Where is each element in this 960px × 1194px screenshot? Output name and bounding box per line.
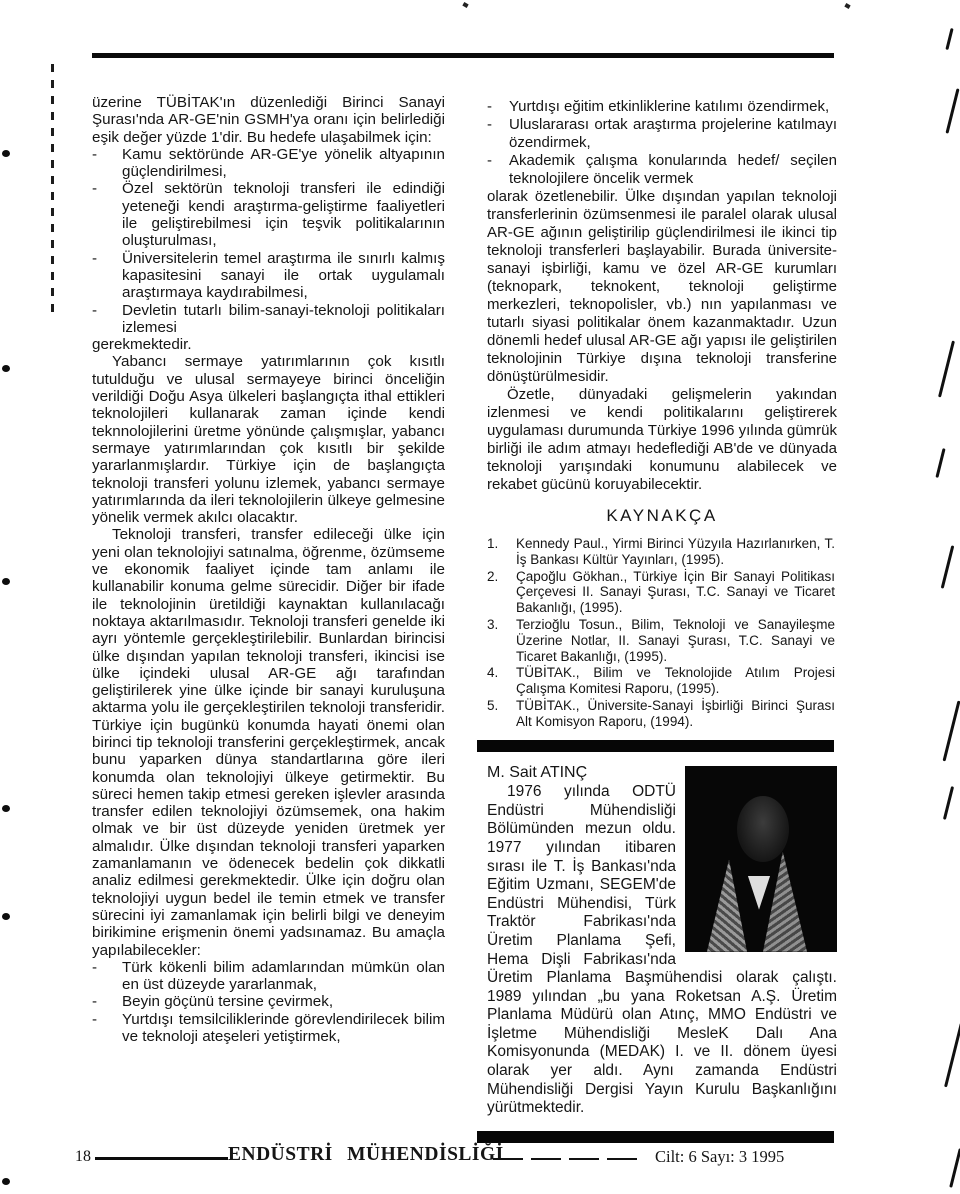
- reference-item: 3. Terzioğlu Tosun., Bilim, Teknoloji ve…: [487, 617, 835, 664]
- photo-lapel-right-shape: [763, 852, 807, 952]
- dash-bullet: -: [92, 146, 122, 181]
- reference-text: TÜBİTAK., Bilim ve Teknolojide Atılım Pr…: [516, 665, 835, 697]
- list-item-text: Kamu sektöründe AR-GE'ye yönelik altyapı…: [122, 146, 445, 181]
- author-bio: M. Sait ATINÇ 1976 yılında ODTÜ Endüstri…: [487, 764, 837, 1118]
- page-footer: 18 ENDÜSTRİ MÜHENDİSLİĞİ Cilt: 6 Sayı: 3…: [0, 1143, 960, 1189]
- list-item-text: Özel sektörün teknoloji transferi ile ed…: [122, 180, 445, 249]
- reference-item: 4. TÜBİTAK., Bilim ve Teknolojide Atılım…: [487, 665, 835, 697]
- scan-artifact: [938, 340, 955, 397]
- references-heading: KAYNAKÇA: [487, 507, 837, 525]
- footer-rule-left: [95, 1157, 228, 1160]
- list-item: - Akademik çalışma konularında hedef/ se…: [487, 152, 837, 188]
- list-item: - Yurtdışı eğitim etkinliklerine katılım…: [487, 98, 837, 116]
- photo-lapel-left-shape: [707, 860, 747, 952]
- list-item: - Kamu sektöründe AR-GE'ye yönelik altya…: [92, 146, 445, 181]
- left-margin-dashed-line: [51, 64, 54, 314]
- scan-artifact: [462, 2, 468, 8]
- reference-text: Çapoğlu Gökhan., Türkiye İçin Bir Sanayi…: [516, 569, 835, 616]
- dash-bullet: -: [92, 993, 122, 1010]
- list-item-text: Yurtdışı temsilciliklerinde görevlendiri…: [122, 1011, 445, 1046]
- list-item-text: Devletin tutarlı bilim-sanayi-teknoloji …: [122, 302, 445, 337]
- top-rule: [92, 53, 834, 58]
- scanned-document-page: üzerine TÜBİTAK'ın düzenlediği Birinci S…: [0, 0, 960, 1194]
- reference-item: 1. Kennedy Paul., Yirmi Birinci Yüzyıla …: [487, 536, 835, 568]
- page-number: 18: [75, 1148, 91, 1166]
- reference-item: 2. Çapoğlu Gökhan., Türkiye İçin Bir San…: [487, 569, 835, 616]
- photo-collar-shape: [745, 876, 773, 910]
- paragraph-ozetle: Özetle, dünyadaki gelişmelerin yakından …: [487, 386, 837, 494]
- list-item-text: Akademik çalışma konularında hedef/ seçi…: [509, 152, 837, 188]
- list-item: - Türk kökenli bilim adamlarından mümkün…: [92, 959, 445, 994]
- paragraph-olarak: olarak özetlenebilir. Ülke dışından yapı…: [487, 188, 837, 386]
- dash-bullet: -: [92, 1011, 122, 1046]
- reference-text: Kennedy Paul., Yirmi Birinci Yüzyıla Haz…: [516, 536, 835, 568]
- dash-bullet: -: [487, 116, 509, 152]
- reference-text: TÜBİTAK., Üniversite-Sanayi İşbirliği Bi…: [516, 698, 835, 730]
- scan-artifact: [844, 3, 850, 9]
- list-item: - Beyin göçünü tersine çevirmek,: [92, 993, 445, 1010]
- reference-item: 5. TÜBİTAK., Üniversite-Sanayi İşbirliği…: [487, 698, 835, 730]
- margin-dot: [2, 913, 10, 920]
- margin-dot: [2, 805, 10, 812]
- photo-face-shape: [737, 796, 789, 862]
- closing-line: gerekmektedir.: [92, 336, 445, 353]
- dash-bullet: -: [487, 152, 509, 188]
- list-item: - Devletin tutarlı bilim-sanayi-teknoloj…: [92, 302, 445, 337]
- issue-info: Cilt: 6 Sayı: 3 1995: [655, 1147, 784, 1167]
- scan-artifact: [943, 786, 954, 820]
- reference-number: 3.: [487, 617, 516, 664]
- list-item-text: Üniversitelerin temel araştırma ile sını…: [122, 250, 445, 302]
- margin-dot: [2, 150, 10, 157]
- dash-bullet: -: [92, 180, 122, 249]
- right-column: - Yurtdışı eğitim etkinliklerine katılım…: [487, 98, 837, 1143]
- margin-dot: [2, 578, 10, 585]
- footer-rule-right: [493, 1158, 645, 1160]
- scan-artifact: [935, 448, 945, 478]
- margin-dot: [2, 365, 10, 372]
- list-item: - Üniversitelerin temel araştırma ile sı…: [92, 250, 445, 302]
- list-item: - Özel sektörün teknoloji transferi ile …: [92, 180, 445, 249]
- author-photo: [685, 766, 837, 952]
- reference-text: Terzioğlu Tosun., Bilim, Teknoloji ve Sa…: [516, 617, 835, 664]
- list-item: - Uluslararası ortak araştırma projeleri…: [487, 116, 837, 152]
- left-column: üzerine TÜBİTAK'ın düzenlediği Birinci S…: [92, 94, 445, 1045]
- list-item-text: Uluslararası ortak araştırma projelerine…: [509, 116, 837, 152]
- list-item: - Yurtdışı temsilciliklerinde görevlendi…: [92, 1011, 445, 1046]
- reference-number: 5.: [487, 698, 516, 730]
- dash-bullet: -: [92, 302, 122, 337]
- dash-bullet: -: [92, 959, 122, 994]
- reference-number: 1.: [487, 536, 516, 568]
- reference-number: 2.: [487, 569, 516, 616]
- dash-bullet: -: [92, 250, 122, 302]
- separator-bar: [477, 740, 834, 752]
- list-item-text: Beyin göçünü tersine çevirmek,: [122, 993, 445, 1010]
- separator-bar: [477, 1131, 834, 1143]
- paragraph-yabanci: Yabancı sermaye yatırımlarının çok kısıt…: [92, 353, 445, 526]
- scan-artifact: [943, 701, 960, 762]
- scan-artifact: [945, 88, 959, 133]
- scan-artifact: [945, 28, 953, 50]
- list-item-text: Yurtdışı eğitim etkinliklerine katılımı …: [509, 98, 837, 116]
- journal-title: ENDÜSTRİ MÜHENDİSLİĞİ: [228, 1144, 504, 1166]
- reference-number: 4.: [487, 665, 516, 697]
- scan-artifact: [941, 545, 955, 588]
- references-list: 1. Kennedy Paul., Yirmi Birinci Yüzyıla …: [487, 536, 835, 730]
- list-item-text: Türk kökenli bilim adamlarından mümkün o…: [122, 959, 445, 994]
- dash-bullet: -: [487, 98, 509, 116]
- scan-artifact: [944, 1023, 960, 1088]
- paragraph-teknoloji: Teknoloji transferi, transfer edileceği …: [92, 526, 445, 958]
- paragraph-intro: üzerine TÜBİTAK'ın düzenlediği Birinci S…: [92, 94, 445, 146]
